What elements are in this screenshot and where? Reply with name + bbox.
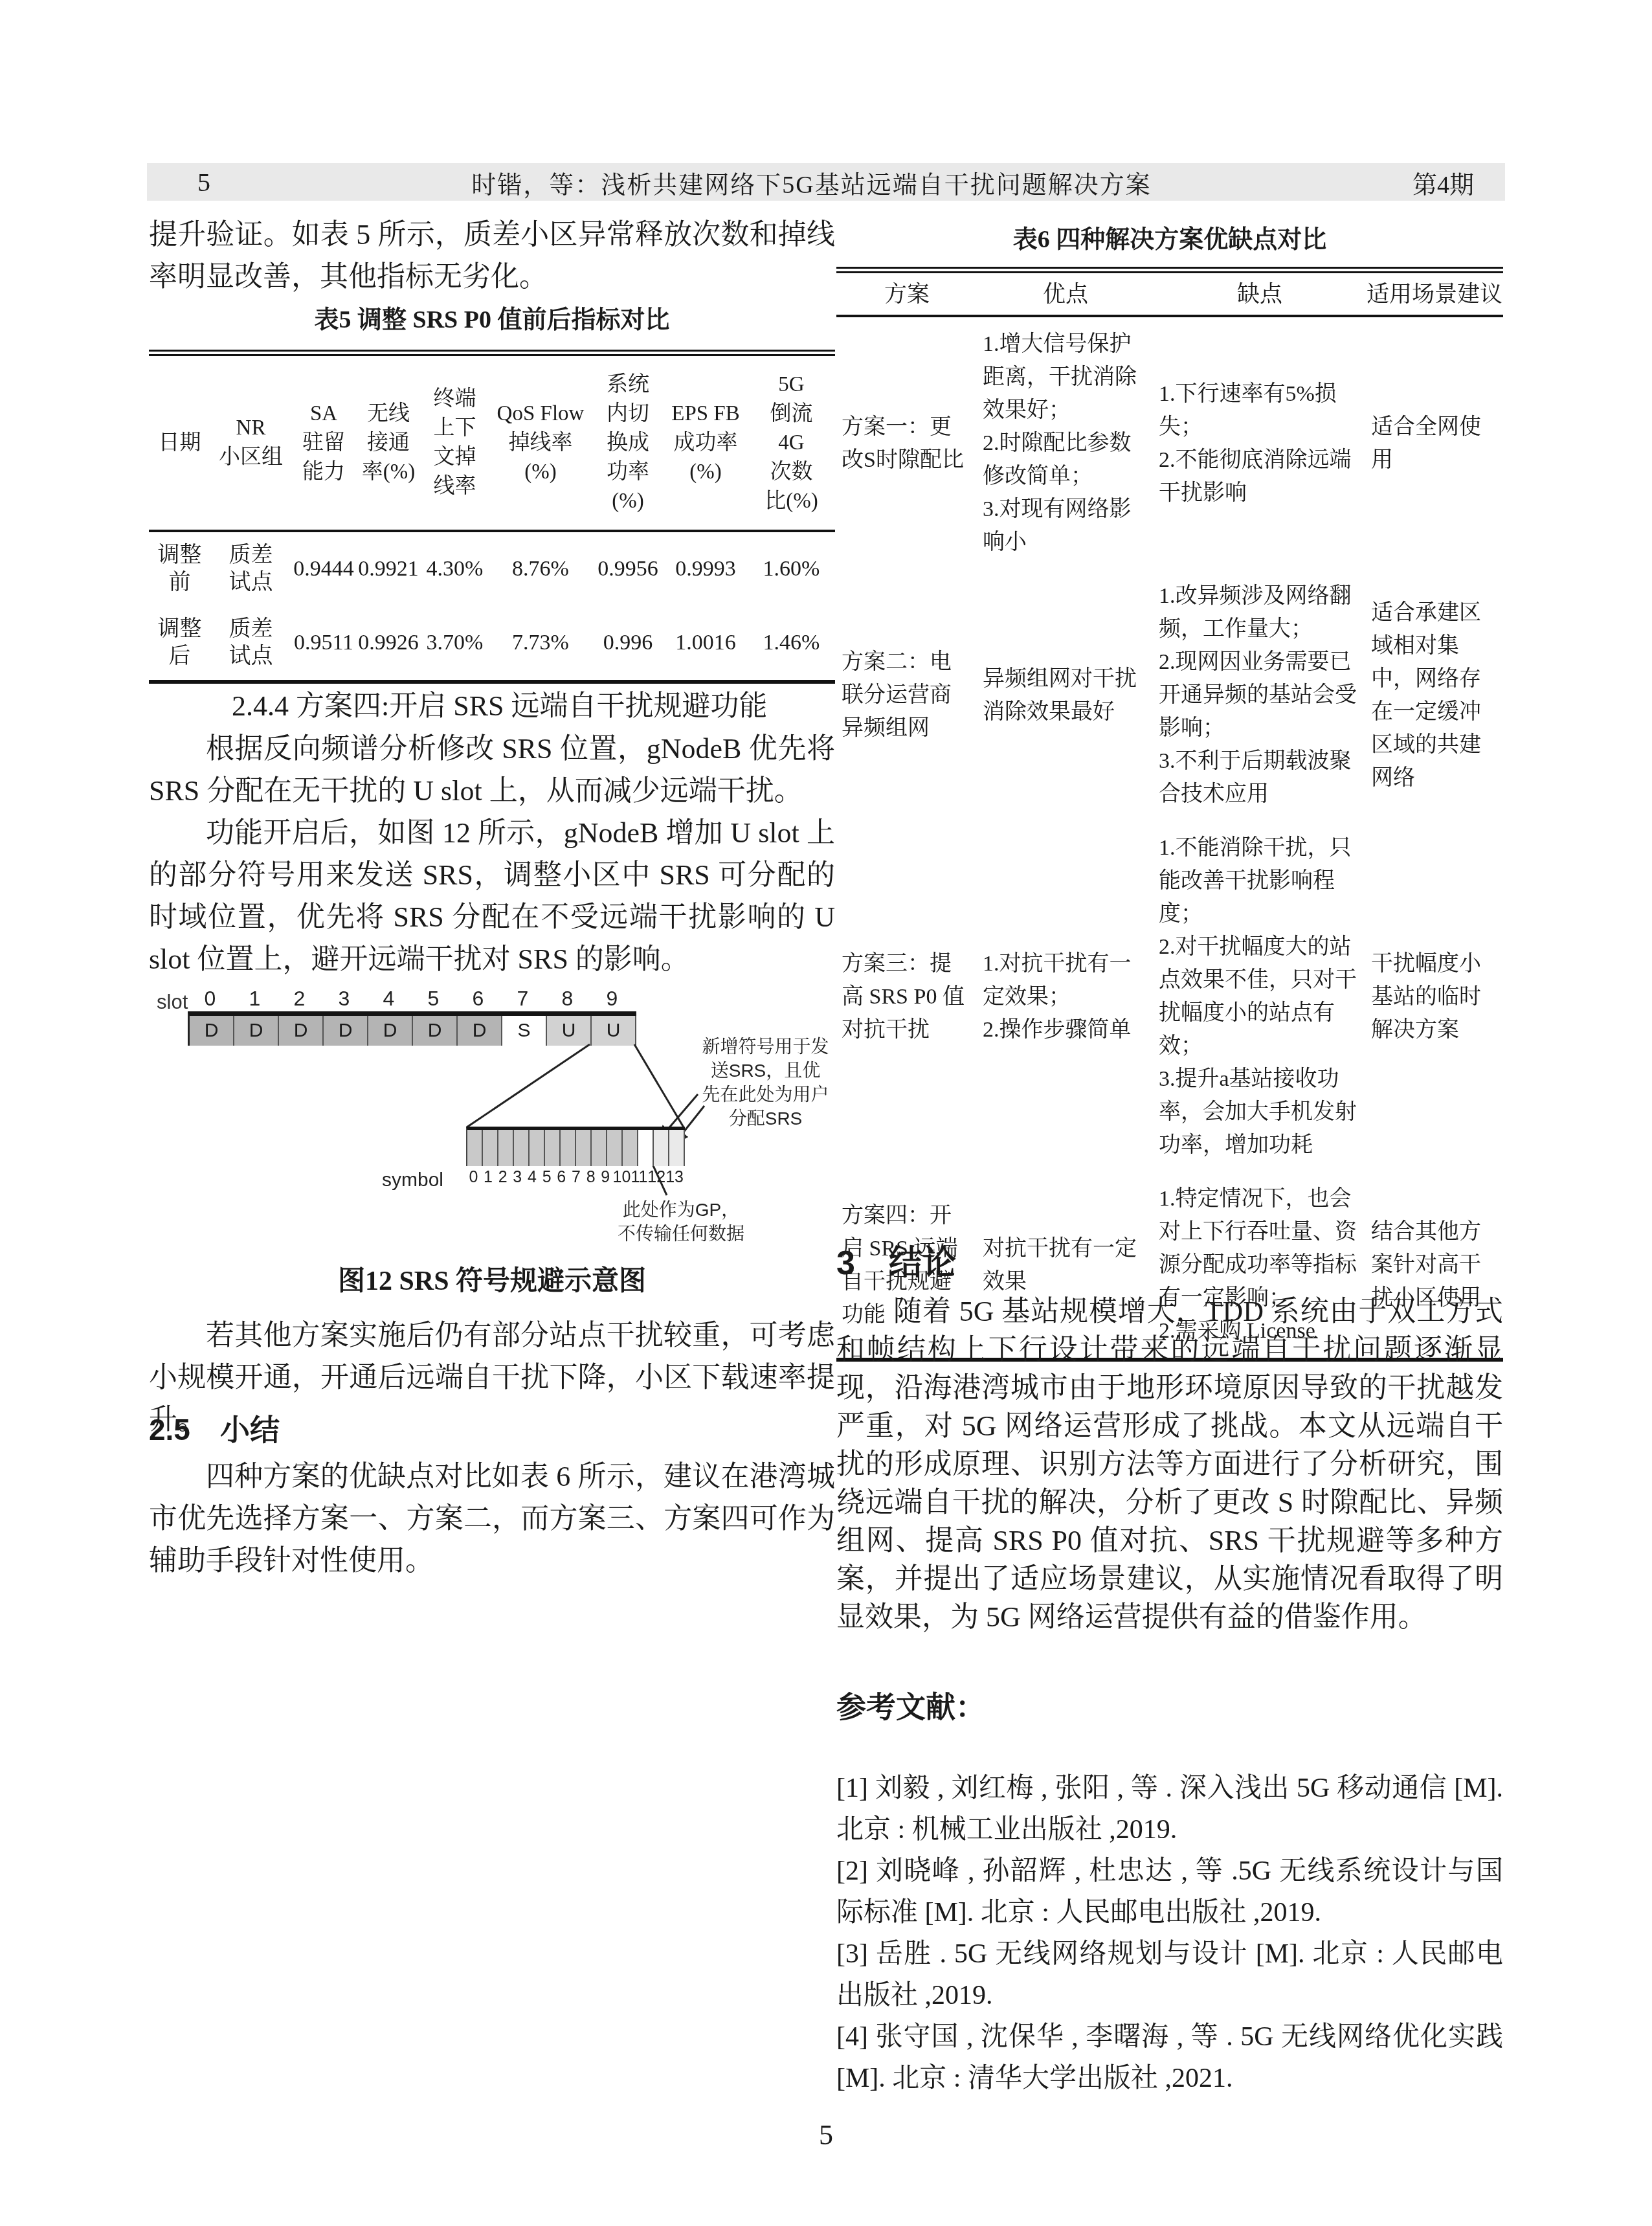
table5-cell: 1.0016 — [664, 606, 748, 680]
symbol-cell — [607, 1130, 623, 1166]
table5-header-cell: SA 驻留 能力 — [291, 356, 356, 532]
symbol-axis-label: symbol — [382, 1169, 443, 1191]
paragraph-244b: 功能开启后，如图 12 所示，gNodeB 增加 U slot 上的部分符号用来… — [149, 812, 835, 980]
references-list: [1] 刘毅 , 刘红梅 , 张阳 , 等 . 深入浅出 5G 移动通信 [M]… — [836, 1768, 1503, 2099]
symbol-number: 3 — [510, 1168, 525, 1187]
reference-item: [2] 刘晓峰 , 孙韶辉 , 杜忠达 , 等 .5G 无线系统设计与国际标准 … — [836, 1850, 1503, 1933]
symbol-cell — [498, 1130, 514, 1166]
table6-cons-cell: 1.不能消除干扰，只能改善干扰影响程度；2.对干扰幅度大的站点效果不佳，只对干扰… — [1154, 821, 1366, 1172]
cons-item: 2.对干扰幅度大的站点效果不佳，只对干扰幅度小的站点有效； — [1159, 930, 1361, 1062]
section-heading-2-4-4: 2.4.4 方案四:开启 SRS 远端自干扰规避功能 — [149, 685, 835, 727]
table6-header-cell: 缺点 — [1154, 273, 1366, 317]
table5-cell: 0.9956 — [592, 532, 664, 606]
zoom-leader-line-left — [467, 1044, 590, 1127]
figure12: slot 0123456789 DDDDDDDSUU symbol 012345… — [149, 984, 835, 1288]
figure12-caption: 图12 SRS 符号规避示意图 — [149, 1259, 835, 1298]
table5-cell: 7.73% — [489, 606, 592, 680]
table5-header-cell: 5G 倒流 4G 次数 比(%) — [748, 356, 835, 532]
reference-item: [1] 刘毅 , 刘红梅 , 张阳 , 等 . 深入浅出 5G 移动通信 [M]… — [836, 1768, 1503, 1850]
pros-item: 异频组网对干扰消除效果最好 — [983, 662, 1148, 728]
table5-cell: 调整前 — [149, 532, 210, 606]
pros-item: 2.时隙配比参数修改简单； — [983, 427, 1148, 493]
table6-pros-cell: 1.对抗干扰有一定效果；2.操作步骤简单 — [977, 821, 1154, 1172]
symbol-cell — [467, 1130, 483, 1166]
symbol-cell — [545, 1130, 561, 1166]
table5-cell: 0.9444 — [291, 532, 356, 606]
table6-plan-cell: 方案三：提高 SRS P0 值对抗干扰 — [836, 821, 977, 1172]
symbol-number: 0 — [466, 1168, 481, 1187]
symbol-number: 5 — [539, 1168, 554, 1187]
table6-plan-cell: 方案二：电联分运营商异频组网 — [836, 569, 977, 821]
symbol-cell — [561, 1130, 576, 1166]
table5-header-cell: 系统 内切 换成 功率 (%) — [592, 356, 664, 532]
symbol-cell — [576, 1130, 592, 1166]
running-head-title: 时锴，等：浅析共建网络下5G基站远端自干扰问题解决方案 — [210, 164, 1412, 200]
symbol-number: 11 — [631, 1168, 647, 1187]
cons-item: 3.不利于后期载波聚合技术应用 — [1159, 745, 1361, 811]
table6-pros-cell: 1.增大信号保护距离，干扰消除效果好；2.时隙配比参数修改简单；3.对现有网络影… — [977, 317, 1154, 569]
table6-plan-cell: 方案一：更改S时隙配比 — [836, 317, 977, 569]
paragraph-2-5: 四种方案的优缺点对比如表 6 所示，建议在港湾城市优先选择方案一、方案二，而方案… — [149, 1456, 835, 1582]
symbol-cell — [623, 1130, 638, 1166]
reference-item: [4] 张守国 , 沈保华 , 李曙海 , 等 . 5G 无线网络优化实践 [M… — [836, 2016, 1503, 2099]
cons-item: 2.不能彻底消除远端干扰影响 — [1159, 444, 1361, 510]
symbol-number: 4 — [525, 1168, 540, 1187]
symbol-number: 1 — [481, 1168, 496, 1187]
table6: 方案优点缺点适用场景建议 方案一：更改S时隙配比 1.增大信号保护距离，干扰消除… — [836, 267, 1503, 1362]
table5-cell: 8.76% — [489, 532, 592, 606]
table5-header-cell: EPS FB 成功率 (%) — [664, 356, 748, 532]
cons-item: 2.现网因业务需要已开通异频的基站会受影响； — [1159, 646, 1361, 745]
table6-pros-cell: 异频组网对干扰消除效果最好 — [977, 569, 1154, 821]
symbol-number: 6 — [554, 1168, 569, 1187]
symbol-cell — [638, 1130, 654, 1166]
table5-cell: 3.70% — [421, 606, 489, 680]
page-number-footer: 5 — [0, 2119, 1652, 2152]
table6-header-cell: 方案 — [836, 273, 977, 317]
running-head-page-number: 5 — [197, 167, 210, 197]
table5-cell: 0.9921 — [356, 532, 421, 606]
symbol-number-row: 012345678910111213 — [466, 1168, 684, 1187]
table5-cell: 0.996 — [592, 606, 664, 680]
references-heading: 参考文献： — [836, 1683, 985, 1726]
zoom-leader-line-right — [634, 1044, 684, 1127]
symbol-number: 9 — [598, 1168, 613, 1187]
table6-header-cell: 适用场景建议 — [1366, 273, 1503, 317]
table5-cell: 4.30% — [421, 532, 489, 606]
table5-cell: 1.46% — [748, 606, 835, 680]
table5-header-cell: 终端 上下 文掉 线率 — [421, 356, 489, 532]
pros-item: 1.对抗干扰有一定效果； — [983, 947, 1148, 1013]
pros-item: 1.增大信号保护距离，干扰消除效果好； — [983, 328, 1148, 427]
table6-cons-cell: 1.改异频涉及网络翻频，工作量大；2.现网因业务需要已开通异频的基站会受影响；3… — [1154, 569, 1366, 821]
conclusion-paragraph: 随着 5G 基站规模增大，TDD 系统由于双工方式和帧结构上下行设计带来的远端自… — [836, 1292, 1503, 1636]
table5-header-cell: NR 小区组 — [210, 356, 291, 532]
srs-annotation: 新增符号用于发 送SRS，且优 先在此处为用户 分配SRS — [693, 1035, 838, 1130]
symbol-number: 7 — [569, 1168, 584, 1187]
table6-scene-cell: 干扰幅度小基站的临时解决方案 — [1366, 821, 1503, 1172]
table5-cell: 调整后 — [149, 606, 210, 680]
table6-scene-cell: 适合全网使用 — [1366, 317, 1503, 569]
table6-title: 表6 四种解决方案优缺点对比 — [836, 219, 1503, 254]
paragraph-intro: 提升验证。如表 5 所示，质差小区异常释放次数和掉线率明显改善，其他指标无劣化。 — [149, 214, 835, 298]
symbol-number: 12 — [647, 1168, 665, 1187]
pros-item: 2.操作步骤简单 — [983, 1013, 1148, 1046]
table5-header-cell: 日期 — [149, 356, 210, 532]
table5-cell: 质差 试点 — [210, 606, 291, 680]
running-head-issue: 第4期 — [1412, 164, 1474, 200]
table5-cell: 1.60% — [748, 532, 835, 606]
table5-header-cell: 无线 接通 率(%) — [356, 356, 421, 532]
reference-item: [3] 岳胜 . 5G 无线网络规划与设计 [M]. 北京 : 人民邮电出版社 … — [836, 1933, 1503, 2016]
symbol-number: 8 — [583, 1168, 598, 1187]
table5-cell: 0.9993 — [664, 532, 748, 606]
symbol-bar — [466, 1127, 685, 1166]
table5-title: 表5 调整 SRS P0 值前后指标对比 — [149, 299, 835, 335]
running-head: 5 时锴，等：浅析共建网络下5G基站远端自干扰问题解决方案 第4期 — [147, 163, 1505, 201]
table5-cell: 0.9926 — [356, 606, 421, 680]
cons-item: 1.改异频涉及网络翻频，工作量大； — [1159, 579, 1361, 646]
section-heading-2-5: 2.5 小结 — [149, 1406, 280, 1449]
conclusion-heading: 3 结论 — [836, 1235, 956, 1284]
table5-header-cell: QoS Flow 掉线率 (%) — [489, 356, 592, 532]
cons-item: 1.不能消除干扰，只能改善干扰影响程度； — [1159, 831, 1361, 930]
table5-cell: 质差 试点 — [210, 532, 291, 606]
gp-annotation: 此处作为GP， 不传输任何数据 — [610, 1198, 752, 1246]
symbol-cell — [592, 1130, 607, 1166]
table6-scene-cell: 适合承建区域相对集中，网络存在一定缓冲区域的共建网络 — [1366, 569, 1503, 821]
symbol-number: 2 — [495, 1168, 510, 1187]
symbol-cell — [669, 1130, 685, 1166]
pros-item: 对抗干扰有一定效果 — [983, 1232, 1148, 1298]
symbol-cell — [483, 1130, 498, 1166]
paragraph-244a: 根据反向频谱分析修改 SRS 位置，gNodeB 优先将 SRS 分配在无干扰的… — [149, 728, 835, 812]
symbol-cell — [654, 1130, 669, 1166]
table6-header-cell: 优点 — [977, 273, 1154, 317]
pros-item: 3.对现有网络影响小 — [983, 493, 1148, 559]
symbol-number: 13 — [665, 1168, 684, 1187]
symbol-number: 10 — [613, 1168, 631, 1187]
table6-cons-cell: 1.下行速率有5%损失；2.不能彻底消除远端干扰影响 — [1154, 317, 1366, 569]
symbol-cell — [530, 1130, 545, 1166]
cons-item: 1.下行速率有5%损失； — [1159, 377, 1361, 444]
table5: 日期NR 小区组SA 驻留 能力无线 接通 率(%)终端 上下 文掉 线率QoS… — [149, 350, 835, 684]
cons-item: 3.提升a基站接收功率，会加大手机发射功率，增加功耗 — [1159, 1062, 1361, 1162]
symbol-cell — [514, 1130, 530, 1166]
table5-cell: 0.9511 — [291, 606, 356, 680]
paper-page: 5 时锴，等：浅析共建网络下5G基站远端自干扰问题解决方案 第4期 提升验证。如… — [0, 0, 1652, 2226]
